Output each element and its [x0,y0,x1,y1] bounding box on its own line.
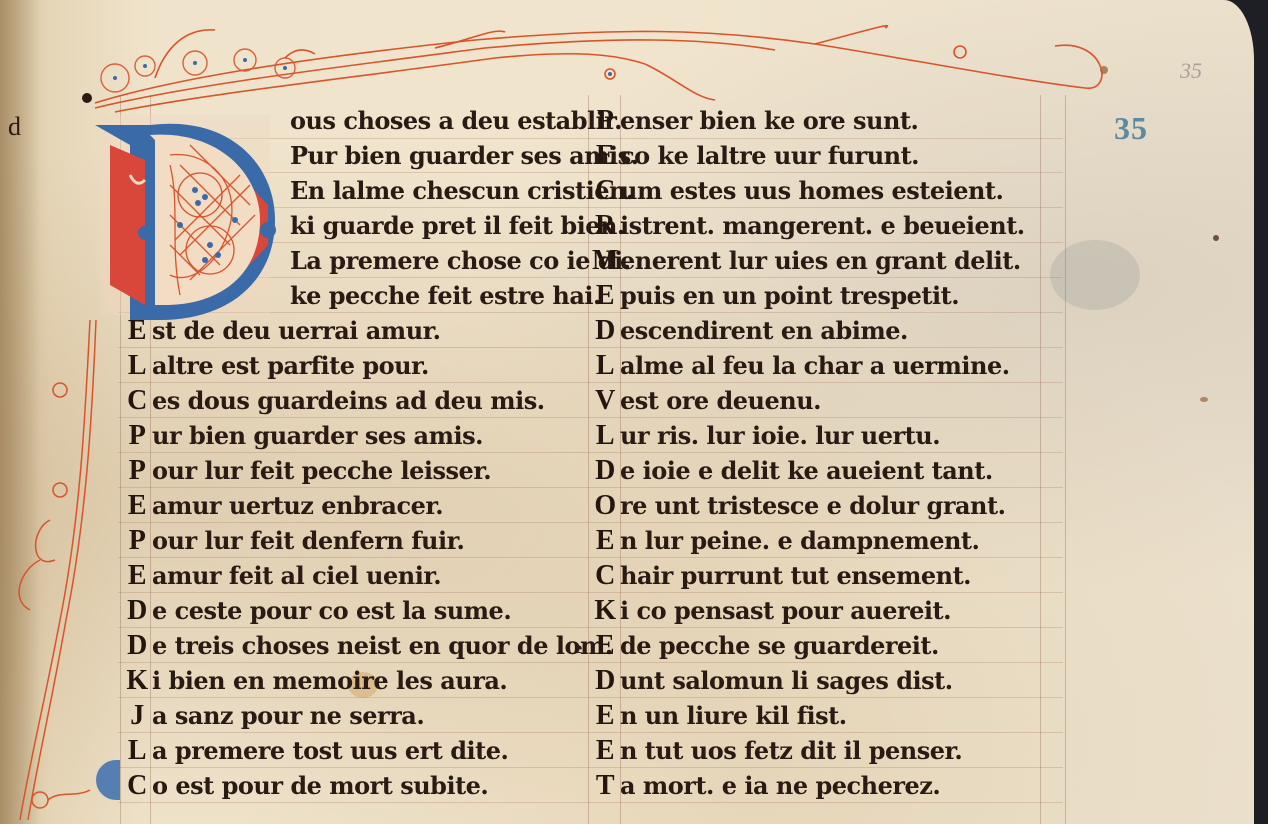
line-initial: L [122,734,152,768]
red-penwork-border [0,320,120,820]
line-initial: E [590,629,620,663]
line-initial: C [590,559,620,593]
line-initial: O [590,489,620,523]
verse-line: Cum estes uus homes esteient. [590,174,1003,208]
verse-line: Menerent lur uies en grant delit. [590,244,1021,278]
line-initial: E [122,559,152,593]
line-initial: P [122,454,152,488]
line-initial: P [590,104,620,138]
line-initial: R [590,209,620,243]
line-initial: C [590,174,620,208]
verse-line: La premere chose co ie di. [290,244,631,278]
line-initial: P [122,419,152,453]
verse-line: Pur bien guarder ses amis. [122,419,483,453]
line-initial: E [590,699,620,733]
verse-line: De ioie e delit ke aueient tant. [590,454,993,488]
verse-line: ke pecche feit estre hai. [290,279,601,313]
line-initial: K [590,594,620,628]
line-initial: E [590,734,620,768]
verse-line: Ore unt tristesce e dolur grant. [590,489,1005,523]
verse-line: Penser bien ke ore sunt. [590,104,918,138]
verse-line: Laltre est parfite pour. [122,349,429,383]
verse-line: En lur peine. e dampnement. [590,524,979,558]
verse-line: Eamur feit al ciel uenir. [122,559,441,593]
line-initial: C [122,769,152,803]
line-initial: J [122,699,152,733]
verse-line: Ta mort. e ia ne pecherez. [590,769,940,803]
verse-line: Pour lur feit denfern fuir. [122,524,464,558]
foxing-spot [1213,235,1219,241]
line-initial: T [590,769,620,803]
manuscript-page: d e 35 35 ous choses a deu establir. Pur… [0,0,1254,824]
ruling-column-line [1065,95,1066,824]
line-initial: D [590,664,620,698]
verse-line: En un liure kil fist. [590,699,847,733]
verse-line: ki guarde pret il feit bien. [290,209,625,243]
water-stain [1050,240,1140,310]
foxing-spot [1200,397,1208,402]
line-initial: E [122,489,152,523]
ruling-column-line [1040,95,1041,824]
line-initial: M [590,244,620,278]
background-edge [1254,0,1268,824]
verse-line: Ristrent. mangerent. e beueient. [590,209,1025,243]
verse-line: De ceste pour co est la sume. [122,594,511,628]
line-initial: E [590,524,620,558]
verse-line: Est de deu uerrai amur. [122,314,440,348]
verse-line: Ja sanz pour ne serra. [122,699,424,733]
verse-line: Chair purrunt tut ensement. [590,559,971,593]
verse-line: Pour lur feit pecche leisser. [122,454,491,488]
verse-line: Co est pour de mort subite. [122,769,488,803]
illuminated-letter-d [90,105,280,325]
verse-line: Ede pecche se guardereit. [590,629,939,663]
verse-line: Ki bien en memoire les aura. [122,664,507,698]
line-initial: D [122,629,152,663]
line-initial: P [122,524,152,558]
line-initial: K [122,664,152,698]
verse-line: Ki co pensast pour auereit. [590,594,951,628]
verse-line: De treis choses neist en quor de lom. [122,629,613,663]
line-initial: E [590,279,620,313]
margin-mark-d: d [8,112,21,142]
line-initial: C [122,384,152,418]
verse-line: En lalme chescun cristien. [290,174,634,208]
verse-line: Lalme al feu la char a uermine. [590,349,1010,383]
verse-line: ous choses a deu establir. [290,104,622,138]
verse-line: Pur bien guarder ses amis. [290,139,639,173]
verse-line: Descendirent en abime. [590,314,908,348]
line-initial: D [590,454,620,488]
verse-line: Lur ris. lur ioie. lur uertu. [590,419,940,453]
verse-line: La premere tost uus ert dite. [122,734,508,768]
decorated-initial [60,95,285,335]
verse-line: Dunt salomun li sages dist. [590,664,953,698]
verse-line: Eamur uertuz enbracer. [122,489,443,523]
verse-line: Epuis en un point trespetit. [590,279,959,313]
line-initial: E [122,314,152,348]
line-initial: L [590,419,620,453]
line-initial: D [590,314,620,348]
verse-line: Ces dous guardeins ad deu mis. [122,384,545,418]
line-initial: E [590,139,620,173]
line-initial: V [590,384,620,418]
verse-line: Vest ore deuenu. [590,384,821,418]
line-initial: L [590,349,620,383]
folio-pencil-number: 35 [1180,58,1202,84]
line-initial: L [122,349,152,383]
folio-number: 35 [1114,110,1148,147]
verse-line: En tut uos fetz dit il penser. [590,734,962,768]
line-initial: D [122,594,152,628]
verse-line: Eco ke laltre uur furunt. [590,139,919,173]
